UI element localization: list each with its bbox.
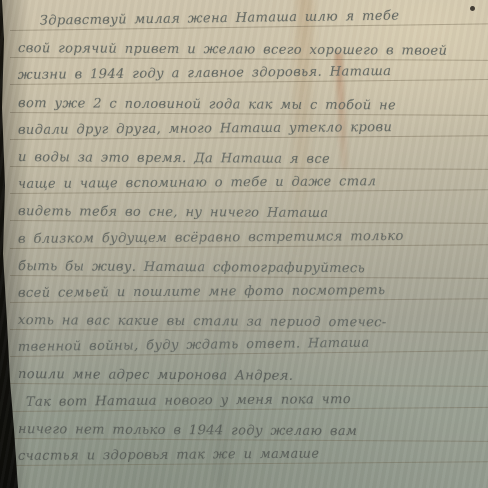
handwritten-line: твенной войны, буду ждать ответ. Наташа (10, 324, 488, 357)
handwritten-line: Так вот Наташа нового у меня пока что (10, 380, 488, 411)
handwritten-line: Здравствуй милая жена Наташа шлю я тебе (10, 0, 488, 31)
handwritten-line: в близком будущем всёравно встретимся то… (10, 218, 488, 249)
handwritten-line: видали друг друга, много Наташа утекло к… (10, 109, 488, 140)
letter-body: Здравствуй милая жена Наташа шлю я тебе … (10, 4, 488, 466)
handwritten-line: жизни в 1944 году а главное здоровья. На… (10, 53, 488, 85)
handwritten-line: счастья и здоровья так же и мамаше (10, 435, 488, 466)
handwritten-line: всей семьей и пошлите мне фото посмотрет… (10, 272, 488, 303)
letter-scan: Здравствуй милая жена Наташа шлю я тебе … (0, 0, 488, 488)
handwritten-line: чаще и чаще вспоминаю о тебе и даже стал (10, 163, 488, 194)
